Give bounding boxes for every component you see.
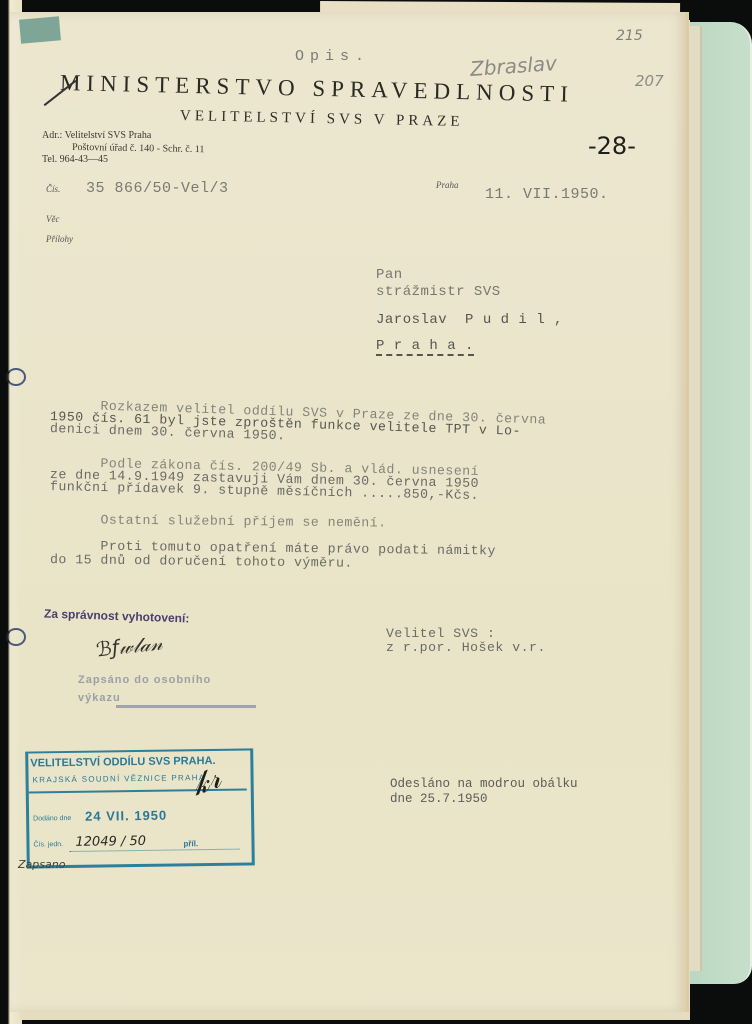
receipt-stamp: VELITELSTVÍ ODDÍLU SVS PRAHA. KRAJSKÁ SO… bbox=[25, 748, 255, 868]
faded-record-stamp-line-1: Zapsáno do osobního bbox=[78, 674, 211, 686]
body-paragraph-3: Ostatní služební příjem se nemění. bbox=[50, 512, 387, 531]
teal-tab bbox=[19, 16, 61, 43]
handwritten-signature: ℬƒ𝓌𝓁𝒶𝓃 bbox=[95, 631, 164, 662]
receipt-stamp-office: VELITELSTVÍ ODDÍLU SVS PRAHA. bbox=[30, 755, 215, 770]
reference-label: Čís. bbox=[46, 184, 60, 194]
received-date: 24 VII. 1950 bbox=[85, 808, 167, 824]
address-line-1: Adr.: Velitelství SVS Praha bbox=[42, 130, 151, 141]
commander-name: z r.por. Hošek v.r. bbox=[386, 640, 546, 655]
faded-record-stamp-line-2: výkazu bbox=[78, 692, 121, 704]
binder-ring-top bbox=[6, 368, 26, 386]
recipient-city: P r a h a . bbox=[376, 338, 474, 356]
department-title: VELITELSTVÍ SVS V PRAZE bbox=[180, 108, 464, 131]
document-date: 11. VII.1950. bbox=[485, 186, 609, 203]
recipient-salutation: Pan bbox=[376, 267, 403, 283]
folio-number-top: 215 bbox=[616, 28, 643, 44]
reference-number-handwritten: 12049 / 50 bbox=[75, 834, 146, 850]
recipient-name: Jaroslav P u d i l , bbox=[376, 312, 563, 328]
handwritten-recorded-note: Zapsano bbox=[18, 858, 65, 871]
reference-label: Čís. jedn. bbox=[33, 841, 63, 848]
body-paragraph-4-line-2: do 15 dnů od doručení tohoto výměru. bbox=[50, 552, 353, 571]
attachments-label: Přílohy bbox=[46, 234, 73, 244]
recipient-rank: strážmistr SVS bbox=[376, 284, 501, 300]
document-page: Opis. Zbraslav 215 207 MINISTERSTVO SPRA… bbox=[10, 12, 689, 1012]
receipt-stamp-prison: KRAJSKÁ SOUDNÍ VĚZNICE PRAHA bbox=[33, 773, 206, 784]
page-number: -28- bbox=[588, 132, 636, 160]
stamp-underline bbox=[116, 705, 256, 708]
handwritten-place: Zbraslav bbox=[469, 51, 557, 81]
attachments-label: příl. bbox=[183, 839, 198, 848]
copy-label: Opis. bbox=[295, 48, 370, 65]
commander-title: Velitel SVS : bbox=[386, 626, 495, 641]
phone-number: Tel. 964-43—45 bbox=[42, 154, 108, 165]
dispatch-note-line-1: Odesláno na modrou obálku bbox=[390, 777, 578, 791]
folio-number-secondary: 207 bbox=[635, 72, 664, 90]
subject-label: Věc bbox=[46, 214, 60, 224]
place-label: Praha bbox=[436, 180, 459, 190]
reference-number: 35 866/50-Vel/3 bbox=[86, 180, 229, 197]
correctness-stamp: Za správnost vyhotovení: bbox=[44, 606, 190, 625]
dispatch-note-line-2: dne 25.7.1950 bbox=[390, 792, 488, 806]
binder-ring-bottom bbox=[6, 628, 26, 646]
received-label: Dodáno dne bbox=[33, 815, 71, 823]
